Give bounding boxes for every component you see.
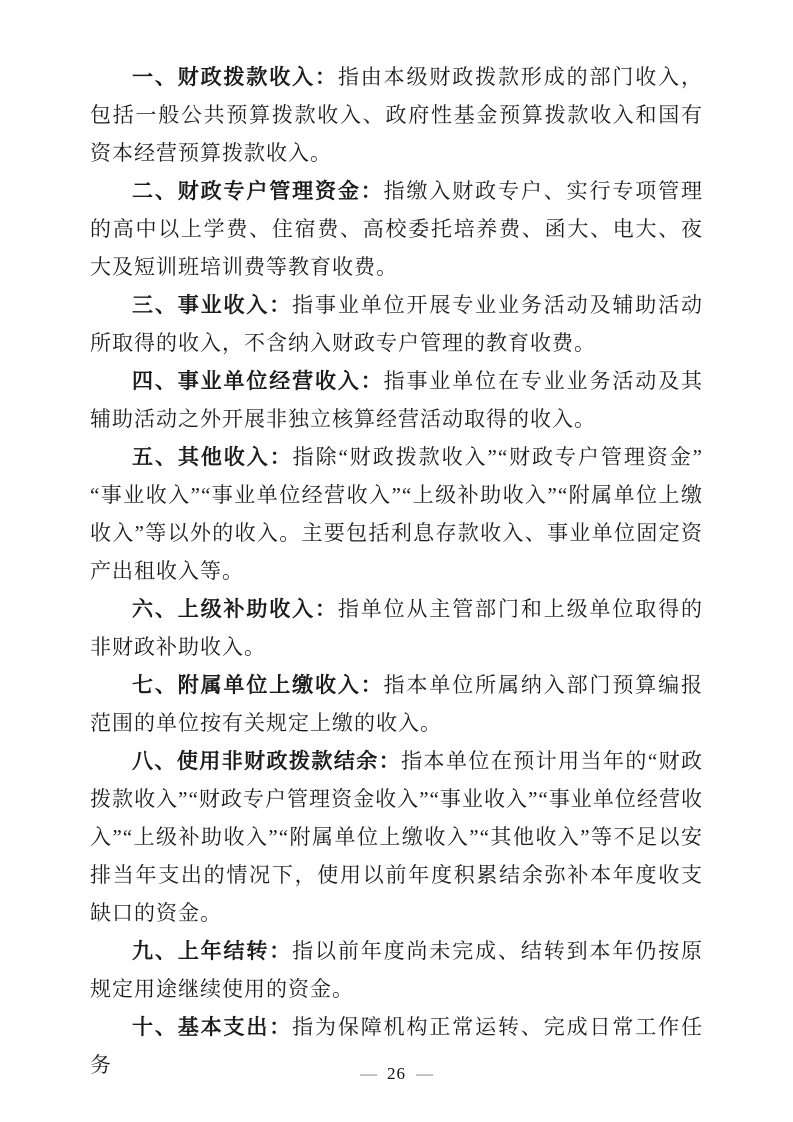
definition-paragraph: 七、附属单位上缴收入：指本单位所属纳入部门预算编报范围的单位按有关规定上缴的收入… (90, 666, 703, 742)
term-label: 九、上年结转： (132, 939, 292, 963)
definition-paragraph: 六、上级补助收入：指单位从主管部门和上级单位取得的非财政补助收入。 (90, 590, 703, 666)
document-body: 一、财政拨款收入：指由本级财政拨款形成的部门收入，包括一般公共预算拨款收入、政府… (90, 58, 703, 1084)
term-label: 三、事业收入： (132, 293, 292, 317)
definition-paragraph: 八、使用非财政拨款结余：指本单位在预计用当年的“财政拨款收入”“财政专户管理资金… (90, 742, 703, 932)
definition-paragraph: 二、财政专户管理资金：指缴入财政专户、实行专项管理的高中以上学费、住宿费、高校委… (90, 172, 703, 286)
term-label: 七、附属单位上缴收入： (132, 673, 384, 697)
term-label: 四、事业单位经营收入： (132, 369, 384, 393)
document-page: 一、财政拨款收入：指由本级财政拨款形成的部门收入，包括一般公共预算拨款收入、政府… (0, 0, 793, 1122)
footer-dash-right: — (416, 1064, 433, 1083)
term-label: 一、财政拨款收入： (132, 65, 338, 89)
definition-paragraph: 五、其他收入：指除“财政拨款收入”“财政专户管理资金”“事业收入”“事业单位经营… (90, 438, 703, 590)
term-label: 五、其他收入： (132, 445, 293, 469)
definition-paragraph: 一、财政拨款收入：指由本级财政拨款形成的部门收入，包括一般公共预算拨款收入、政府… (90, 58, 703, 172)
definition-paragraph: 四、事业单位经营收入：指事业单位在专业业务活动及其辅助活动之外开展非独立核算经营… (90, 362, 703, 438)
footer-dash-left: — (360, 1064, 377, 1083)
page-footer: —26— (0, 1064, 793, 1084)
definition-paragraph: 三、事业收入：指事业单位开展专业业务活动及辅助活动所取得的收入，不含纳入财政专户… (90, 286, 703, 362)
page-number: 26 (387, 1064, 406, 1083)
term-label: 二、财政专户管理资金： (132, 179, 384, 203)
term-label: 十、基本支出： (132, 1015, 292, 1039)
term-label: 八、使用非财政拨款结余： (132, 749, 401, 773)
term-definition: 指本单位在预计用当年的“财政拨款收入”“财政专户管理资金收入”“事业收入”“事业… (90, 749, 703, 925)
definition-paragraph: 九、上年结转：指以前年度尚未完成、结转到本年仍按原规定用途继续使用的资金。 (90, 932, 703, 1008)
term-label: 六、上级补助收入： (132, 597, 338, 621)
